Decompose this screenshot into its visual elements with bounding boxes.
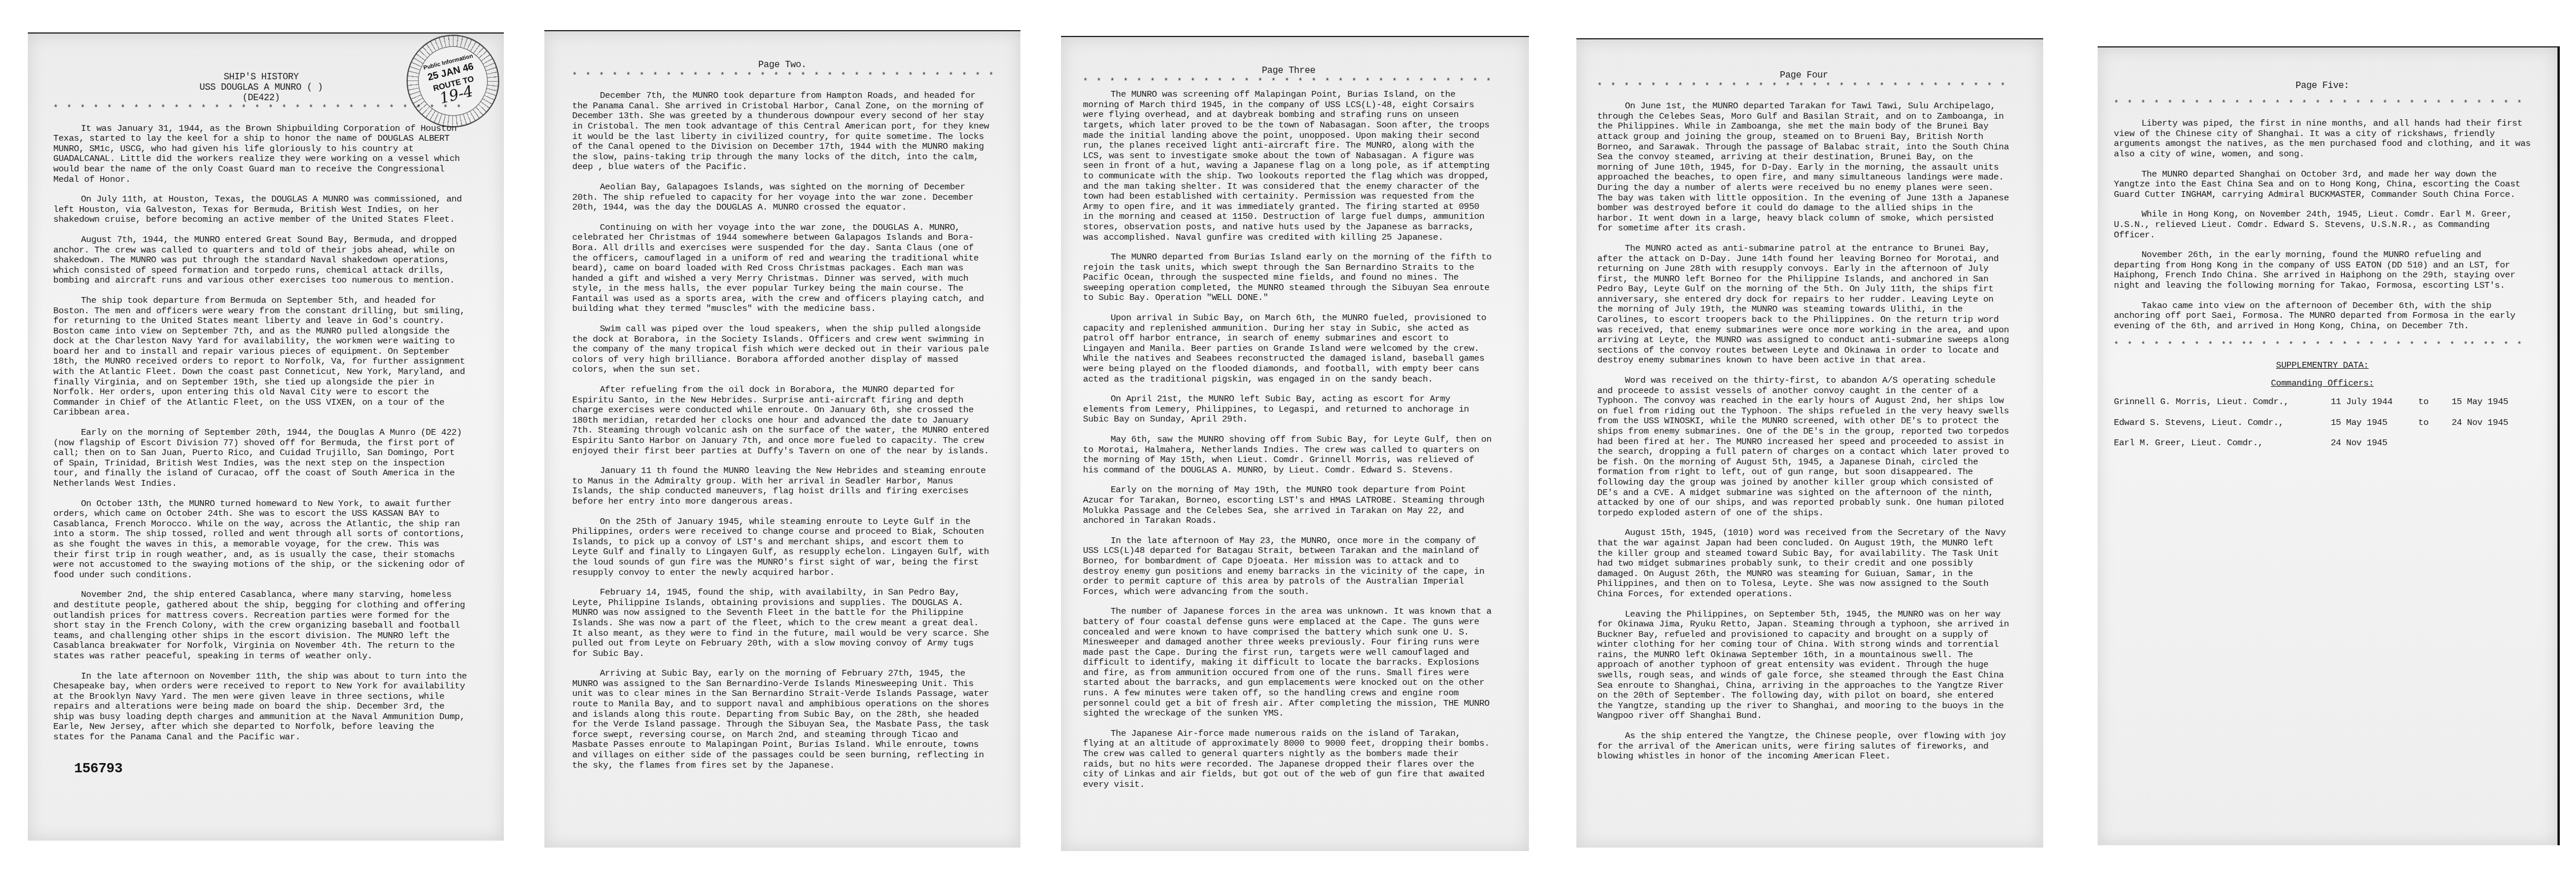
page-1: Public Information 25 JAN 46 ROUTE TO 19…: [28, 32, 504, 841]
paragraph: In the late afternoon on November 11th, …: [53, 672, 469, 743]
page-heading: Page Three: [1083, 66, 1494, 76]
paragraph: While in Hong Kong, on November 24th, 19…: [2114, 210, 2531, 240]
star-separator: * * * * * * * * * * * * * * * * * * * * …: [53, 104, 469, 115]
officer-from-date: 15 May 1945: [2330, 418, 2418, 439]
paragraph: On October 13th, the MUNRO turned homewa…: [53, 499, 469, 581]
document-number: 156793: [74, 761, 122, 777]
paragraph: On July 11th, at Houston, Texas, the DOU…: [53, 195, 469, 225]
date-separator: to: [2418, 397, 2452, 418]
paragraph: November 26th, in the early morning, fou…: [2114, 250, 2531, 291]
paragraph: It was January 31, 1944, as the Brown Sh…: [53, 124, 469, 185]
paragraph: November 2nd, the ship entered Casablanc…: [53, 590, 469, 661]
paragraph: Word was received on the thirty-first, t…: [1597, 376, 2011, 518]
page-paragraphs: The MUNRO was screening off Malapingan P…: [1083, 90, 1494, 790]
page-paragraphs: On June 1st, the MUNRO departed Tarakan …: [1597, 101, 2011, 762]
page-heading: Page Two.: [572, 60, 993, 71]
paragraph: August 7th, 1944, the MUNRO entered Grea…: [53, 235, 469, 286]
paragraph: February 14, 1945, found the ship, with …: [572, 588, 993, 659]
officer-name: Edward S. Stevens, Lieut. Comdr.,: [2114, 418, 2330, 439]
paragraph: On the 25th of January 1945, while steam…: [572, 517, 993, 578]
star-separator: * * * * * * * * * * * * * * * * * * * * …: [572, 72, 993, 82]
paragraph: December 7th, the MUNRO took departure f…: [572, 91, 993, 173]
ship-history-title: SHIP'S HISTORY USS DOUGLAS A MUNRO ( ) (…: [53, 72, 469, 103]
page-3-body: Page Three * * * * * * * * * * * * * * *…: [1083, 66, 1494, 800]
paragraph: Leaving the Philippines, on September 5t…: [1597, 610, 2011, 722]
page-3: Page Three * * * * * * * * * * * * * * *…: [1061, 36, 1529, 851]
page-heading: Page Five:: [2114, 81, 2531, 91]
page-2: Page Two. * * * * * * * * * * * * * * * …: [544, 30, 1020, 848]
commanding-officers-heading: Commanding Officers:: [2114, 379, 2531, 389]
paragraph: Liberty was piped, the first in nine mon…: [2114, 119, 2531, 159]
document-strip: Public Information 25 JAN 46 ROUTE TO 19…: [0, 0, 2576, 880]
officer-from-date: 24 Nov 1945: [2330, 438, 2418, 459]
officer-to-date: [2451, 438, 2531, 459]
officer-row: Grinnell G. Morris, Lieut. Comdr.,11 Jul…: [2114, 397, 2531, 418]
paragraph: In the late afternoon of May 23, the MUN…: [1083, 536, 1494, 597]
paragraph: On April 21st, the MUNRO left Subic Bay,…: [1083, 394, 1494, 425]
paragraph: The MUNRO departed from Burias Island ea…: [1083, 252, 1494, 303]
supplementary-data-heading: SUPPLEMENTRY DATA:: [2114, 361, 2531, 371]
paragraph: The MUNRO departed Shanghai on October 3…: [2114, 170, 2531, 200]
paragraph: May 6th, saw the MUNRO shoving off from …: [1083, 435, 1494, 475]
paragraph: Early on the morning of September 20th, …: [53, 428, 469, 489]
paragraph: The MUNRO acted as anti-submarine patrol…: [1597, 244, 2011, 366]
officer-to-date: 24 Nov 1945: [2451, 418, 2531, 439]
officer-row: Earl M. Greer, Lieut. Comdr.,24 Nov 1945: [2114, 438, 2531, 459]
commanding-officers-table: Grinnell G. Morris, Lieut. Comdr.,11 Jul…: [2114, 397, 2531, 459]
title-line: (DE422): [53, 93, 469, 103]
star-separator: * * * * * * * * * * * * * * * * * * * * …: [2114, 100, 2531, 110]
paragraph: August 15th, 1945, (1010) word was recei…: [1597, 528, 2011, 599]
officer-to-date: 15 May 1945: [2451, 397, 2531, 418]
paragraph: As the ship entered the Yangtze, the Chi…: [1597, 731, 2011, 762]
paragraph: The ship took departure from Bermuda on …: [53, 296, 469, 418]
paragraph: After refueling from the oil dock in Bor…: [572, 385, 993, 456]
date-separator: to: [2418, 418, 2452, 439]
paragraph: The Japanese Air-force made numerous rai…: [1083, 729, 1494, 790]
page-paragraphs: It was January 31, 1944, as the Brown Sh…: [53, 124, 469, 743]
paragraph: Swim call was piped over the loud speake…: [572, 324, 993, 375]
page-4: Page Four * * * * * * * * * * * * * * * …: [1576, 38, 2043, 848]
paragraph: On June 1st, the MUNRO departed Tarakan …: [1597, 101, 2011, 234]
paragraph: The MUNRO was screening off Malapingan P…: [1083, 90, 1494, 243]
page-4-body: Page Four * * * * * * * * * * * * * * * …: [1597, 71, 2011, 772]
page-heading: Page Four: [1597, 71, 2011, 81]
officer-name: Grinnell G. Morris, Lieut. Comdr.,: [2114, 397, 2330, 418]
paragraph: Early on the morning of May 19th, the MU…: [1083, 485, 1494, 526]
title-line: SHIP'S HISTORY: [53, 72, 469, 82]
paragraph: January 11 th found the MUNRO leaving th…: [572, 466, 993, 507]
officer-name: Earl M. Greer, Lieut. Comdr.,: [2114, 438, 2330, 459]
star-separator: * * * * * * * * * * * * * * * * * * * * …: [1597, 82, 2011, 93]
title-line: USS DOUGLAS A MUNRO ( ): [53, 82, 469, 93]
paragraph: Aeolian Bay, Galapagoes Islands, was sig…: [572, 182, 993, 213]
paragraph: Arriving at Subic Bay, early on the morn…: [572, 669, 993, 771]
end-star-separator: * * * * * * * * ** ** * * * * * * * * * …: [2114, 341, 2531, 351]
paragraph: Upon arrival in Subic Bay, on March 6th,…: [1083, 313, 1494, 384]
page-1-body: SHIP'S HISTORY USS DOUGLAS A MUNRO ( ) (…: [53, 72, 469, 753]
page-paragraphs: December 7th, the MUNRO took departure f…: [572, 91, 993, 771]
page-2-body: Page Two. * * * * * * * * * * * * * * * …: [572, 60, 993, 780]
page-5: Page Five: * * * * * * * * * * * * * * *…: [2098, 46, 2560, 845]
star-separator: * * * * * * * * * * * * * * * * * * * * …: [1083, 78, 1494, 88]
paragraph: Takao came into view on the afternoon of…: [2114, 301, 2531, 332]
paragraph: The number of Japanese forces in the are…: [1083, 607, 1494, 719]
paragraph: Continuing on with her voyage into the w…: [572, 223, 993, 314]
page-paragraphs: Liberty was piped, the first in nine mon…: [2114, 119, 2531, 331]
page-5-body: Page Five: * * * * * * * * * * * * * * *…: [2114, 81, 2531, 459]
date-separator: [2418, 438, 2452, 459]
officer-row: Edward S. Stevens, Lieut. Comdr.,15 May …: [2114, 418, 2531, 439]
officer-from-date: 11 July 1944: [2330, 397, 2418, 418]
